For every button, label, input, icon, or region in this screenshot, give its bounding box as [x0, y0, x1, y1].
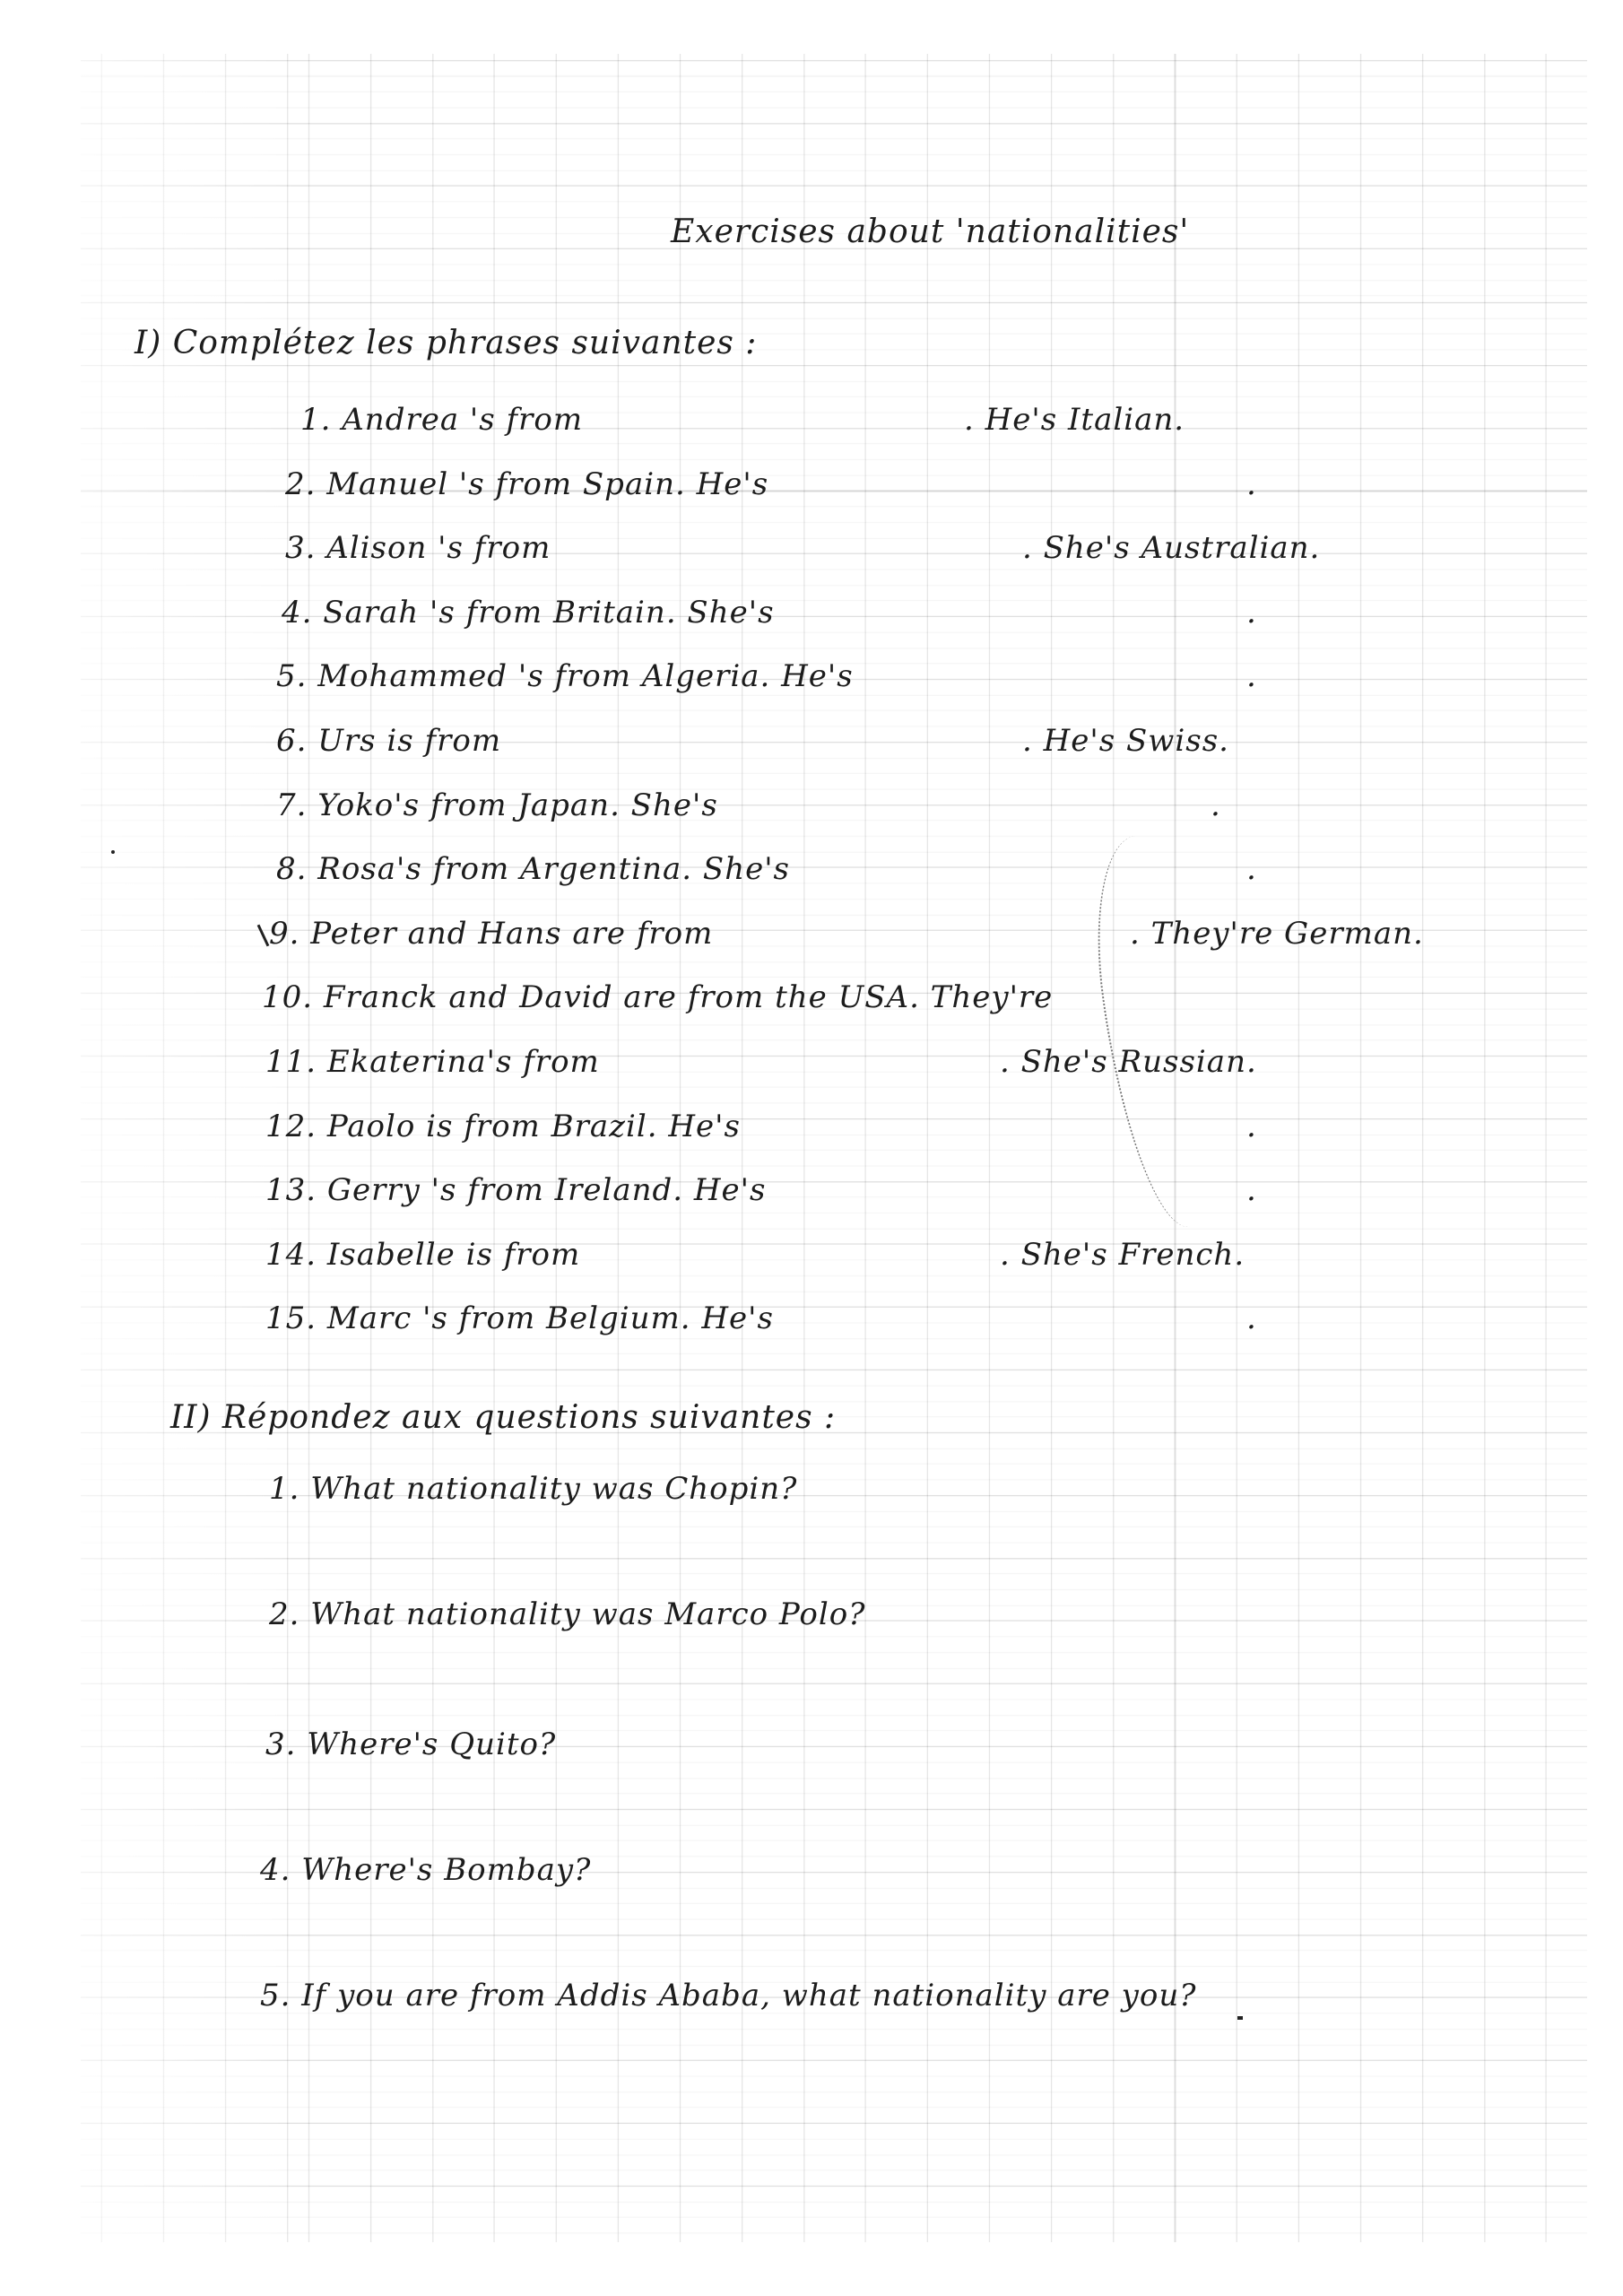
stray-dot	[111, 850, 115, 854]
exercise-completion: . She's Russian.	[1000, 1044, 1257, 1080]
exercise-prompt: 13. Gerry 's from Ireland. He's	[265, 1172, 766, 1208]
exercise-prompt: 11. Ekaterina's from	[265, 1044, 600, 1080]
exercise-prompt: 12. Paolo is from Brazil. He's	[265, 1109, 741, 1144]
exercise-completion: .	[1246, 658, 1257, 694]
graph-paper-grid	[81, 54, 1587, 2242]
exercise-completion: .	[1246, 466, 1257, 502]
pencil-arc-mark	[1081, 829, 1244, 1235]
exercise-prompt: 6. Urs is from	[276, 723, 501, 759]
question-item: 3. Where's Quito?	[265, 1726, 556, 1762]
stray-mark	[1237, 2016, 1243, 2020]
exercise-prompt: 10. Franck and David are from the USA. T…	[262, 979, 1053, 1015]
section-2-heading: II) Répondez aux questions suivantes :	[170, 1399, 836, 1436]
exercise-prompt: 1. Andrea 's from	[300, 402, 583, 438]
exercise-prompt: 5. Mohammed 's from Algeria. He's	[276, 658, 854, 694]
stray-pen-mark	[257, 925, 270, 947]
exercise-prompt: 7. Yoko's from Japan. She's	[276, 787, 718, 823]
exercise-prompt: 4. Sarah 's from Britain. She's	[282, 595, 775, 631]
exercise-completion: . He's Italian.	[964, 402, 1185, 438]
page-title: Exercises about 'nationalities'	[671, 213, 1189, 250]
exercise-completion: . He's Swiss.	[1022, 723, 1229, 759]
question-item: 5. If you are from Addis Ababa, what nat…	[260, 1978, 1196, 2013]
question-item: 4. Where's Bombay?	[260, 1852, 591, 1888]
exercise-prompt: 14. Isabelle is from	[265, 1237, 580, 1273]
exercise-completion: .	[1246, 851, 1257, 887]
exercise-completion: .	[1246, 595, 1257, 631]
exercise-completion: .	[1211, 787, 1221, 823]
exercise-prompt: 3. Alison 's from	[285, 530, 551, 566]
question-item: 2. What nationality was Marco Polo?	[269, 1596, 865, 1632]
exercise-prompt: 15. Marc 's from Belgium. He's	[265, 1300, 774, 1336]
exercise-completion: . She's French.	[1000, 1237, 1245, 1273]
exercise-prompt: 2. Manuel 's from Spain. He's	[285, 466, 768, 502]
exercise-completion: . They're German.	[1130, 916, 1424, 952]
exercise-completion: .	[1246, 1172, 1257, 1208]
exercise-completion: .	[1246, 1300, 1257, 1336]
exercise-completion: . She's Australian.	[1022, 530, 1320, 566]
question-item: 1. What nationality was Chopin?	[269, 1471, 797, 1507]
exercise-prompt: 8. Rosa's from Argentina. She's	[276, 851, 790, 887]
section-1-heading: I) Complétez les phrases suivantes :	[135, 325, 757, 361]
exercise-prompt: 9. Peter and Hans are from	[269, 916, 713, 952]
exercise-completion: .	[1246, 1109, 1257, 1144]
